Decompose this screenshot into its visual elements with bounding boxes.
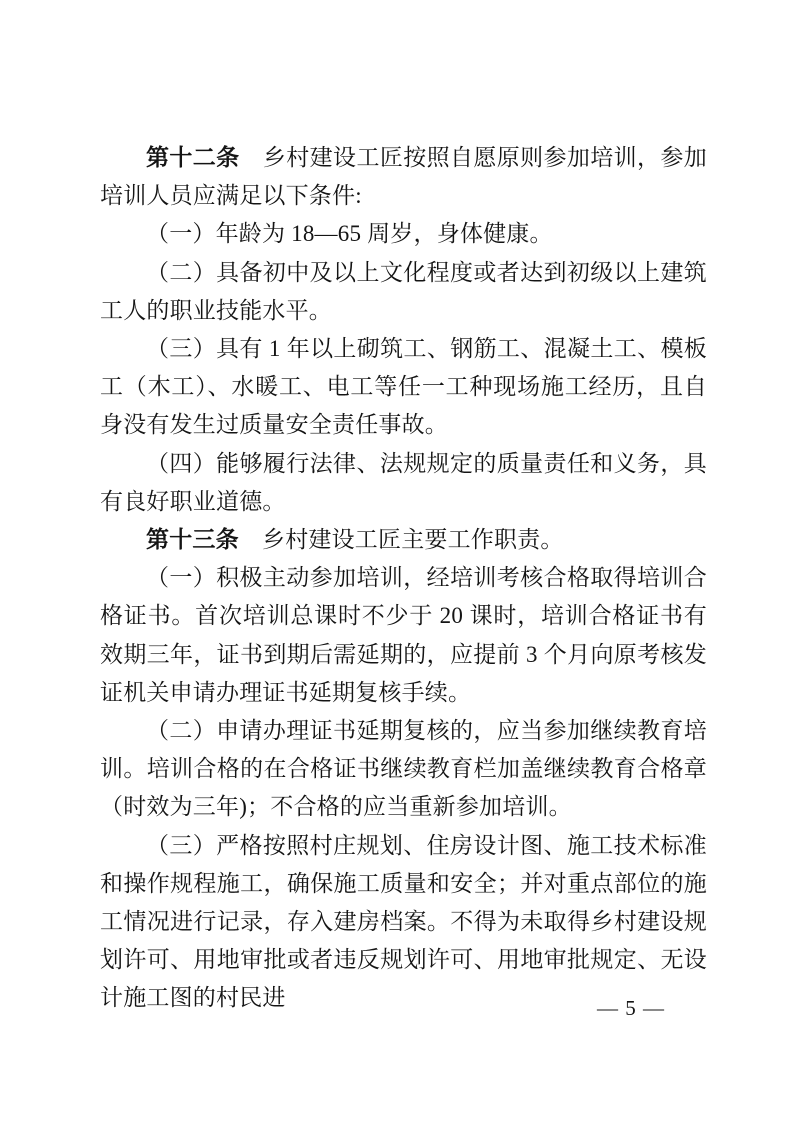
paragraph-text: 乡村建设工匠主要工作职责。	[239, 527, 564, 552]
paragraph-text: （三）具有 1 年以上砌筑工、钢筋工、混凝土工、模板工（木工）、水暖工、电工等任…	[100, 336, 707, 437]
paragraph-item-4: （四）能够履行法律、法规规定的质量责任和义务，具有良好职业道德。	[100, 445, 707, 521]
document-page: 第十二条 乡村建设工匠按照自愿原则参加培训，参加培训人员应满足以下条件: （一）…	[0, 0, 794, 1123]
paragraph-item-2: （二）具备初中及以上文化程度或者达到初级以上建筑工人的职业技能水平。	[100, 254, 707, 330]
paragraph-text: （二）具备初中及以上文化程度或者达到初级以上建筑工人的职业技能水平。	[100, 260, 707, 323]
paragraph-duty-3: （三）严格按照村庄规划、住房设计图、施工技术标准和操作规程施工，确保施工质量和安…	[100, 827, 707, 1018]
paragraph-item-1: （一）年龄为 18—65 周岁，身体健康。	[100, 215, 707, 253]
article-12-heading: 第十二条	[146, 145, 240, 170]
page-number: — 5 —	[597, 996, 665, 1021]
paragraph-text: （一）积极主动参加培训，经培训考核合格取得培训合格证书。首次培训总课时不少于 2…	[100, 565, 707, 705]
paragraph-item-3: （三）具有 1 年以上砌筑工、钢筋工、混凝土工、模板工（木工）、水暖工、电工等任…	[100, 330, 707, 445]
paragraph-text: （二）申请办理证书延期复核的，应当参加继续教育培训。培训合格的在合格证书继续教育…	[100, 718, 707, 819]
paragraph-text: （四）能够履行法律、法规规定的质量责任和义务，具有良好职业道德。	[100, 451, 707, 514]
paragraph-duty-2: （二）申请办理证书延期复核的，应当参加继续教育培训。培训合格的在合格证书继续教育…	[100, 712, 707, 827]
paragraph-duty-1: （一）积极主动参加培训，经培训考核合格取得培训合格证书。首次培训总课时不少于 2…	[100, 559, 707, 712]
article-13-heading: 第十三条	[146, 527, 239, 552]
paragraph-text: （一）年龄为 18—65 周岁，身体健康。	[146, 221, 553, 246]
document-body: 第十二条 乡村建设工匠按照自愿原则参加培训，参加培训人员应满足以下条件: （一）…	[100, 139, 707, 1018]
paragraph-text: （三）严格按照村庄规划、住房设计图、施工技术标准和操作规程施工，确保施工质量和安…	[100, 833, 707, 1011]
paragraph-article-13: 第十三条 乡村建设工匠主要工作职责。	[100, 521, 707, 559]
paragraph-article-12: 第十二条 乡村建设工匠按照自愿原则参加培训，参加培训人员应满足以下条件:	[100, 139, 707, 215]
